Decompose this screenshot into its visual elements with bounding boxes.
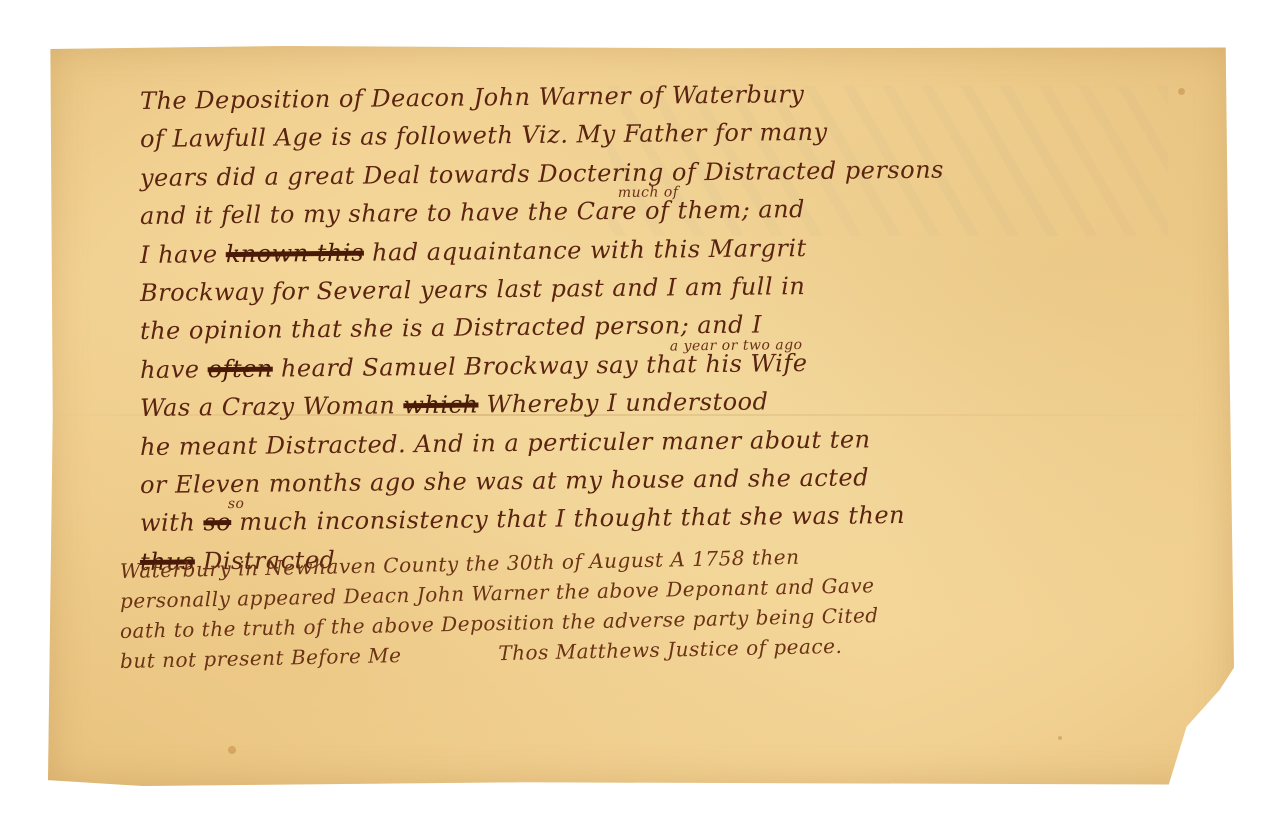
interlinear-insertion: much of	[618, 186, 679, 201]
paper-stain	[1058, 736, 1062, 740]
jurat-section: Waterbury in Newhaven County the 30th of…	[120, 556, 1230, 676]
paper-stain	[228, 746, 236, 754]
struck-text: often	[208, 354, 273, 383]
interlinear-insertion: so	[228, 497, 245, 511]
struck-text: known this	[226, 238, 364, 267]
interlinear-insertion: a year or two ago	[670, 338, 803, 353]
struck-text: so	[203, 508, 231, 536]
deposition-body: The Deposition of Deacon John Warner of …	[140, 82, 1230, 581]
justice-signature: Thos Matthews Justice of peace.	[498, 634, 843, 665]
struck-text: which	[403, 391, 478, 420]
document-paper: The Deposition of Deacon John Warner of …	[48, 46, 1234, 786]
